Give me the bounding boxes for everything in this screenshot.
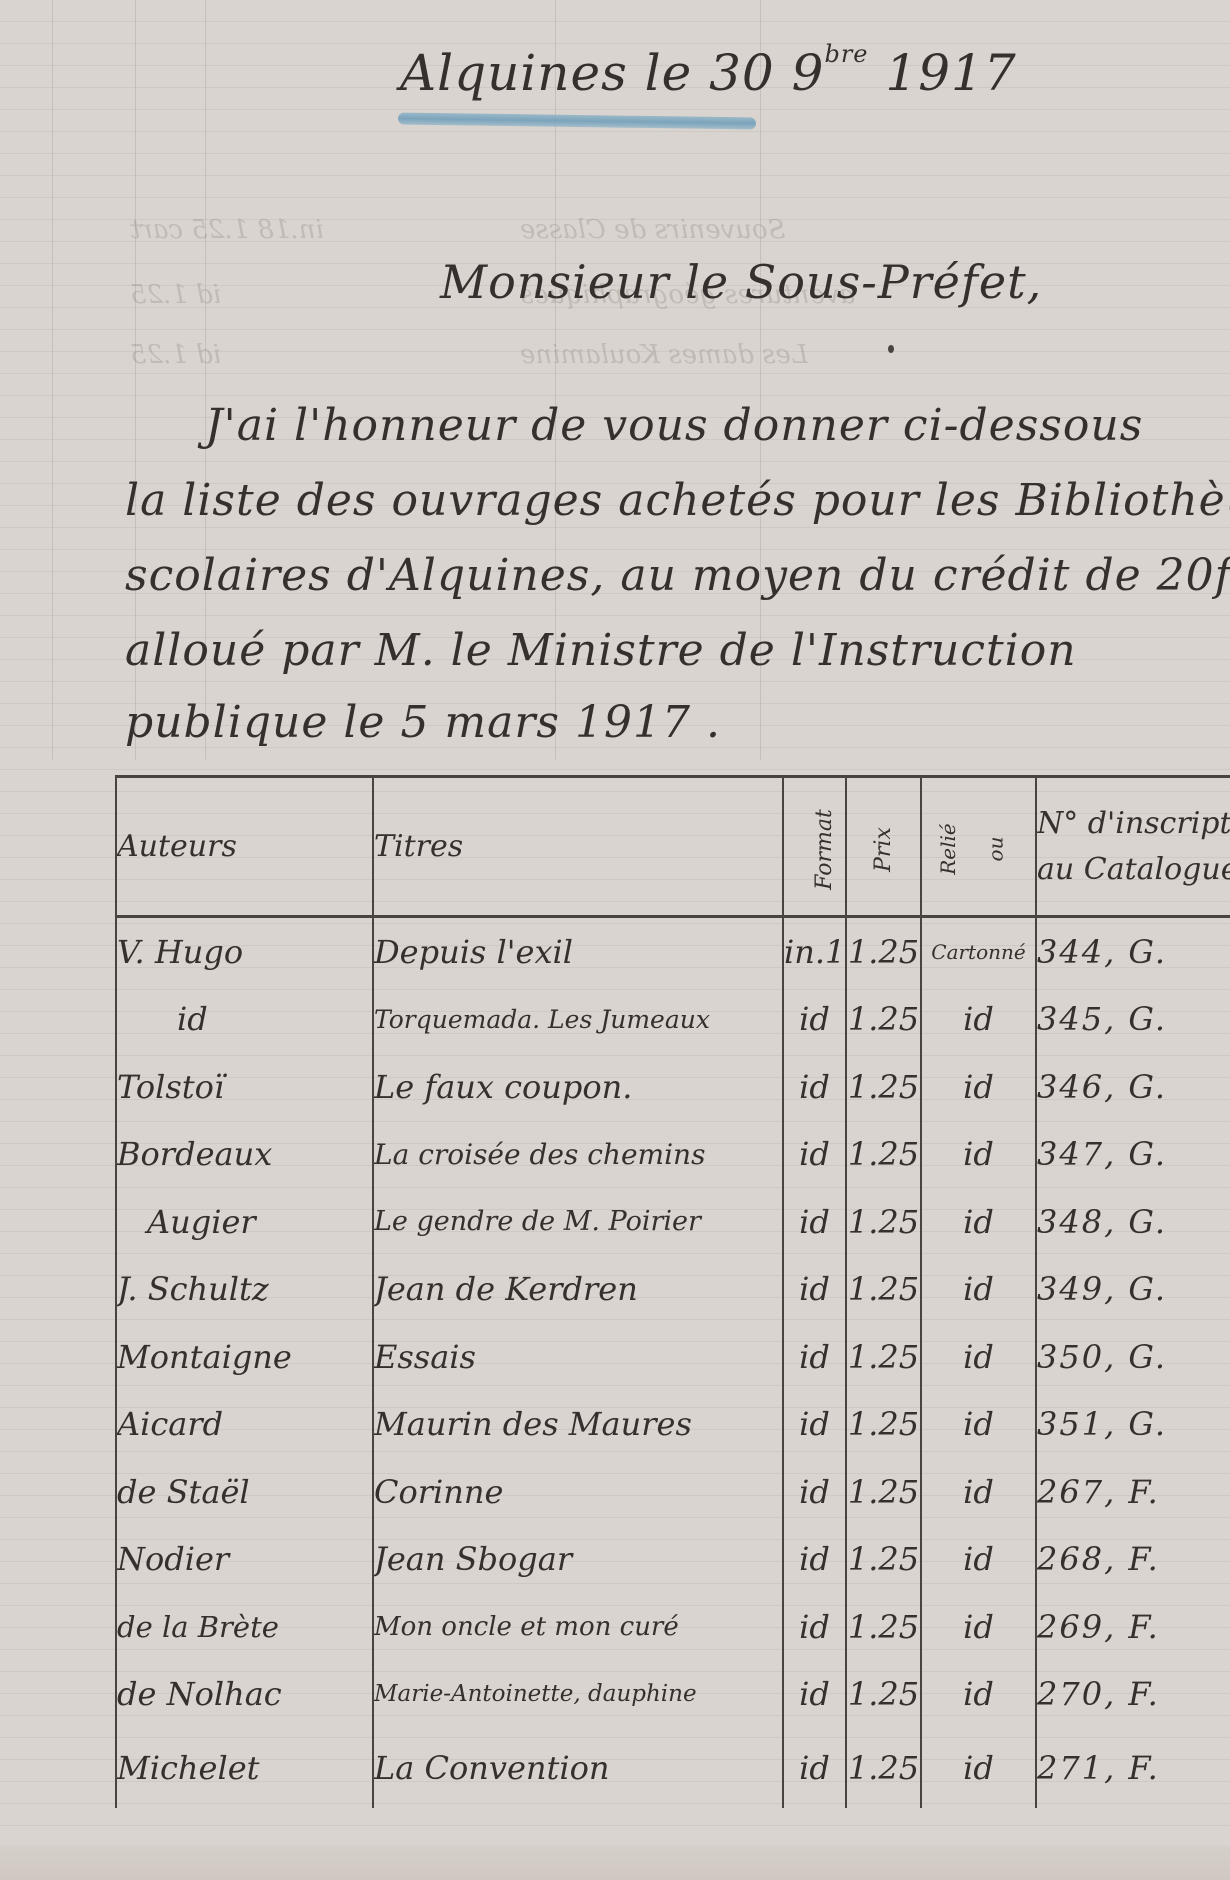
cell-titre: Jean Sbogar [373, 1526, 783, 1594]
cell-prix: 1.25 [846, 1323, 921, 1391]
cell-numero: 347, G. [1036, 1121, 1230, 1189]
cell-titre: La croisée des chemins [373, 1121, 783, 1189]
table-row: de Nolhac Marie-Antoinette, dauphine id … [116, 1661, 1230, 1729]
cell-auteur: Bordeaux [116, 1121, 373, 1189]
cell-prix: 1.25 [846, 1188, 921, 1256]
ink-dot [888, 345, 894, 353]
bleed-through-text: id 1.25 [130, 280, 221, 310]
cell-relie: id [921, 1391, 1036, 1459]
cell-titre: Depuis l'exil [373, 917, 783, 986]
cell-numero: 269, F. [1036, 1593, 1230, 1661]
books-table: Auteurs Titres Format Prix Relié ou Broc… [115, 775, 1230, 1808]
table-header-row: Auteurs Titres Format Prix Relié ou Broc… [116, 777, 1230, 917]
cell-titre: Corinne [373, 1458, 783, 1526]
header-auteurs: Auteurs [116, 777, 373, 917]
cell-numero: 346, G. [1036, 1053, 1230, 1121]
cell-titre: Torquemada. Les Jumeaux [373, 986, 783, 1054]
cell-relie: id [921, 986, 1036, 1054]
cell-prix: 1.25 [846, 1728, 921, 1808]
cell-prix: 1.25 [846, 1593, 921, 1661]
salutation: Monsieur le Sous-Préfet, [440, 255, 1042, 309]
cell-auteur: de la Brète [116, 1593, 373, 1661]
cell-format: in.18 [783, 917, 846, 986]
month-superscript: bre [824, 40, 868, 68]
body-line: alloué par M. le Ministre de l'Instructi… [125, 625, 1077, 676]
cell-auteur: Montaigne [116, 1323, 373, 1391]
table-row: Bordeaux La croisée des chemins id 1.25 … [116, 1121, 1230, 1189]
cell-format: id [783, 1458, 846, 1526]
cell-prix: 1.25 [846, 1121, 921, 1189]
bleed-through-text: Les dames Koulamine [520, 340, 808, 370]
cell-prix: 1.25 [846, 1526, 921, 1594]
table-row: Montaigne Essais id 1.25 id 350, G. [116, 1323, 1230, 1391]
cell-numero: 350, G. [1036, 1323, 1230, 1391]
cell-numero: 268, F. [1036, 1526, 1230, 1594]
cell-format: id [783, 1121, 846, 1189]
place-date: Alquines le 30 [400, 44, 775, 102]
cell-auteur: Michelet [116, 1728, 373, 1808]
cell-numero: 267, F. [1036, 1458, 1230, 1526]
table-row: Aicard Maurin des Maures id 1.25 id 351,… [116, 1391, 1230, 1459]
cell-format: id [783, 986, 846, 1054]
cell-auteur: V. Hugo [116, 917, 373, 986]
table-row: de Staël Corinne id 1.25 id 267, F. [116, 1458, 1230, 1526]
cell-titre: Maurin des Maures [373, 1391, 783, 1459]
place-date-line: Alquines le 30 9bre 1917 [400, 40, 1120, 102]
header-numero-line1: N° d'inscription [1037, 801, 1230, 847]
cell-format: id [783, 1323, 846, 1391]
cell-auteur: Augier [116, 1188, 373, 1256]
page-bottom-edge [0, 1845, 1230, 1880]
header-prix-label: Prix [871, 827, 896, 872]
table-row: V. Hugo Depuis l'exil in.18 1.25 Cartonn… [116, 917, 1230, 986]
cell-format: id [783, 1728, 846, 1808]
cell-format: id [783, 1053, 846, 1121]
bleed-through-text: in.18 1.25 cart [130, 215, 324, 245]
cell-auteur: Nodier [116, 1526, 373, 1594]
cell-auteur: Aicard [116, 1391, 373, 1459]
cell-titre: Le gendre de M. Poirier [373, 1188, 783, 1256]
header-titres: Titres [373, 777, 783, 917]
bleed-through-text: id 1.25 [130, 340, 221, 370]
cell-numero: 344, G. [1036, 917, 1230, 986]
body-line: scolaires d'Alquines, au moyen du crédit… [125, 550, 1230, 601]
cell-prix: 1.25 [846, 917, 921, 986]
cell-relie: id [921, 1526, 1036, 1594]
cell-prix: 1.25 [846, 1458, 921, 1526]
table-row: Michelet La Convention id 1.25 id 271, F… [116, 1728, 1230, 1808]
cell-relie: id [921, 1593, 1036, 1661]
table-row: J. Schultz Jean de Kerdren id 1.25 id 34… [116, 1256, 1230, 1324]
header-format: Format [783, 777, 846, 917]
body-line: publique le 5 mars 1917 . [125, 697, 721, 748]
cell-relie: id [921, 1121, 1036, 1189]
cell-titre: Jean de Kerdren [373, 1256, 783, 1324]
cell-numero: 270, F. [1036, 1661, 1230, 1729]
cell-relie: id [921, 1053, 1036, 1121]
year: 1917 [885, 44, 1016, 102]
table-row: Tolstoï Le faux coupon. id 1.25 id 346, … [116, 1053, 1230, 1121]
cell-titre: Essais [373, 1323, 783, 1391]
body-line: la liste des ouvrages achetés pour les B… [125, 475, 1230, 526]
table-row: Nodier Jean Sbogar id 1.25 id 268, F. [116, 1526, 1230, 1594]
cell-auteur: Tolstoï [116, 1053, 373, 1121]
bleed-through-text: Souvenirs de Classe [520, 215, 785, 245]
cell-prix: 1.25 [846, 1053, 921, 1121]
cell-numero: 271, F. [1036, 1728, 1230, 1808]
cell-prix: 1.25 [846, 986, 921, 1054]
cell-format: id [783, 1188, 846, 1256]
cell-prix: 1.25 [846, 1661, 921, 1729]
cell-auteur: J. Schultz [116, 1256, 373, 1324]
header-numero: N° d'inscription au Catalogue [1036, 777, 1230, 917]
cell-relie: id [921, 1256, 1036, 1324]
cell-numero: 349, G. [1036, 1256, 1230, 1324]
cell-relie: Cartonné [921, 917, 1036, 986]
ruled-column-line [52, 0, 53, 760]
header-ou-label: ou [985, 837, 1007, 862]
cell-relie: id [921, 1661, 1036, 1729]
cell-format: id [783, 1256, 846, 1324]
cell-auteur: de Staël [116, 1458, 373, 1526]
letter-page: in.18 1.25 cart id 1.25 id 1.25 Souvenir… [0, 0, 1230, 1880]
cell-relie: id [921, 1323, 1036, 1391]
table-row: de la Brète Mon oncle et mon curé id 1.2… [116, 1593, 1230, 1661]
cell-format: id [783, 1593, 846, 1661]
cell-format: id [783, 1391, 846, 1459]
cell-numero: 345, G. [1036, 986, 1230, 1054]
cell-titre: La Convention [373, 1728, 783, 1808]
cell-titre: Le faux coupon. [373, 1053, 783, 1121]
cell-format: id [783, 1526, 846, 1594]
cell-format: id [783, 1661, 846, 1729]
header-numero-line2: au Catalogue [1037, 847, 1230, 893]
cell-titre: Marie-Antoinette, dauphine [373, 1661, 783, 1729]
cell-auteur: id [116, 986, 373, 1054]
cell-titre: Mon oncle et mon curé [373, 1593, 783, 1661]
cell-relie: id [921, 1188, 1036, 1256]
table-row: id Torquemada. Les Jumeaux id 1.25 id 34… [116, 986, 1230, 1054]
cell-prix: 1.25 [846, 1391, 921, 1459]
body-line: J'ai l'honneur de vous donner ci-dessous [205, 400, 1143, 451]
header-relie-label: Relié [937, 823, 959, 875]
cell-numero: 351, G. [1036, 1391, 1230, 1459]
month: 9 [792, 44, 825, 102]
header-relie-broche: Relié ou Broché [921, 777, 1036, 917]
header-prix: Prix [846, 777, 921, 917]
cell-numero: 348, G. [1036, 1188, 1230, 1256]
cell-prix: 1.25 [846, 1256, 921, 1324]
cell-relie: id [921, 1458, 1036, 1526]
header-format-label: Format [812, 809, 837, 890]
blue-pencil-underline [398, 113, 756, 130]
cell-relie: id [921, 1728, 1036, 1808]
table-row: Augier Le gendre de M. Poirier id 1.25 i… [116, 1188, 1230, 1256]
cell-auteur: de Nolhac [116, 1661, 373, 1729]
